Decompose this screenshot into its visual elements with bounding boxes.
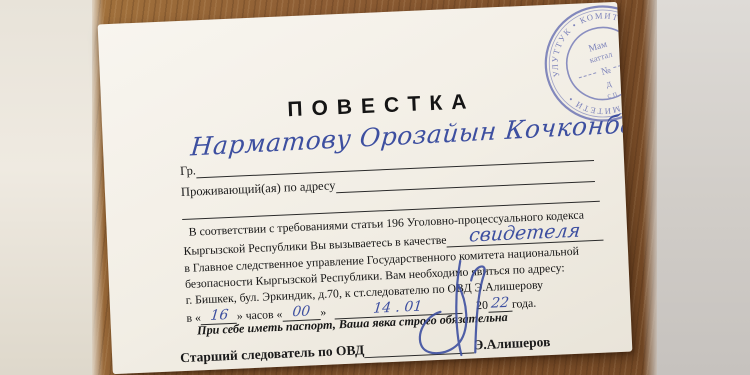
stamp-inner-line-3: № (600, 65, 612, 78)
stamp-inner-line-5: с п (606, 89, 619, 101)
photo-background: УЛУТТУК • КОМИТЕТИ • УЛУТТУК • КОМИТЕТИ … (0, 0, 750, 375)
handwritten-role: свидетеля (468, 220, 581, 247)
signature-scribble (404, 257, 508, 361)
summons-paper: УЛУТТУК • КОМИТЕТИ • УЛУТТУК • КОМИТЕТИ … (98, 2, 633, 374)
photo-blur-left (0, 0, 92, 375)
photo-blur-right (657, 0, 750, 375)
signer-title: Старший следователь по ОВД (180, 342, 365, 366)
stamp-inner-line-4: д (605, 78, 613, 90)
stamp-dash-left (579, 73, 596, 78)
gr-label: Гр. (180, 163, 196, 179)
